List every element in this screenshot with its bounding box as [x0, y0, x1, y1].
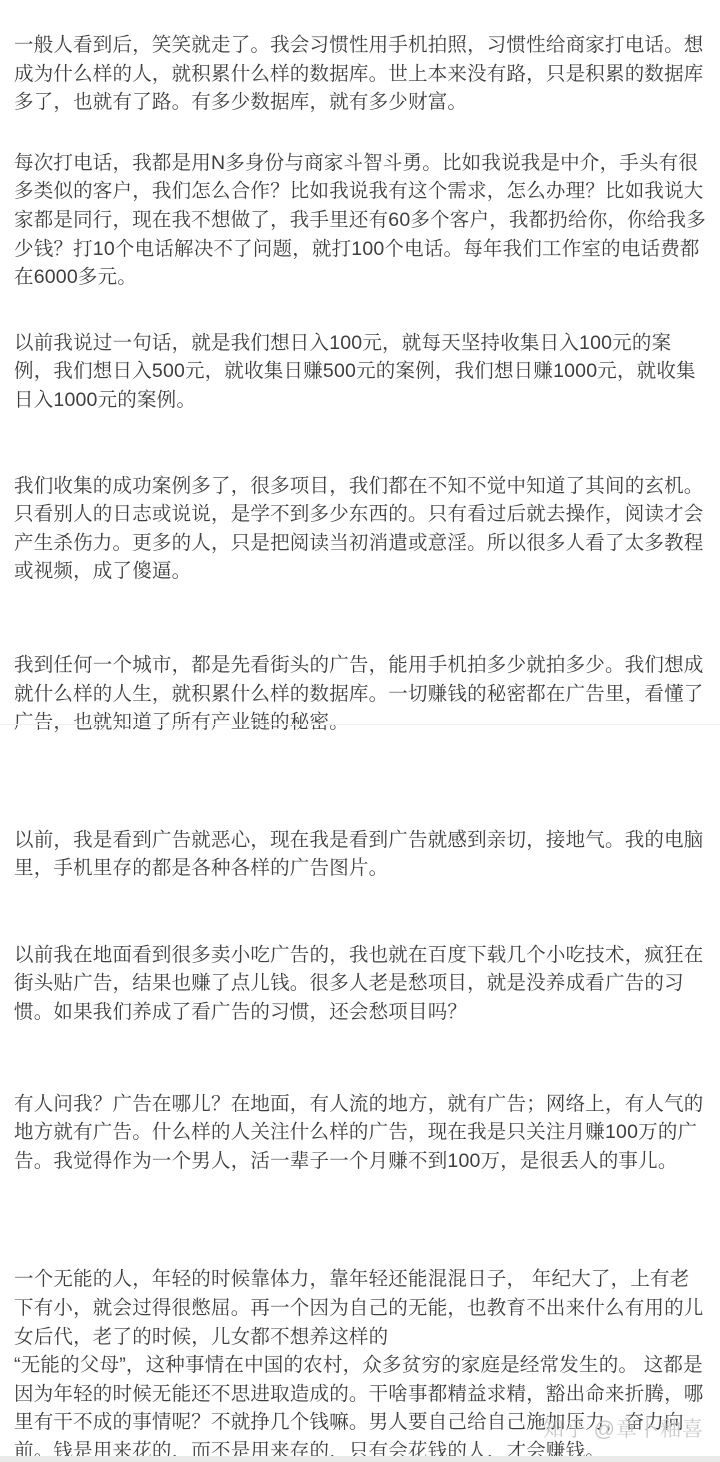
paragraph-6: 以前，我是看到广告就恶心，现在我是看到广告就感到亲切，接地气。我的电脑里，手机里…	[14, 826, 706, 883]
zhihu-watermark: 知乎 @章卜釉喜	[543, 1417, 704, 1443]
paragraph-4: 我们收集的成功案例多了，很多项目，我们都在不知不觉中知道了其间的玄机。只看别人的…	[14, 472, 706, 586]
section-divider	[0, 724, 720, 725]
article-content: 一般人看到后，笑笑就走了。我会习惯性用手机拍照，习惯性给商家打电话。想成为什么样…	[0, 31, 720, 1462]
paragraph-2: 每次打电话，我都是用N多身份与商家斗智斗勇。比如我说我是中介，手头有很多类似的客…	[14, 149, 706, 292]
paragraph-7: 以前我在地面看到很多卖小吃广告的，我也就在百度下载几个小吃技术，疯狂在街头贴广告…	[14, 941, 706, 1027]
bottom-edge-strip	[0, 1456, 720, 1462]
paragraph-3: 以前我说过一句话，就是我们想日入100元，就每天坚持收集日入100元的案例，我们…	[14, 329, 706, 415]
paragraph-1: 一般人看到后，笑笑就走了。我会习惯性用手机拍照，习惯性给商家打电话。想成为什么样…	[14, 31, 706, 117]
paragraph-8: 有人问我？广告在哪儿？在地面，有人流的地方，就有广告；网络上，有人气的地方就有广…	[14, 1090, 706, 1176]
